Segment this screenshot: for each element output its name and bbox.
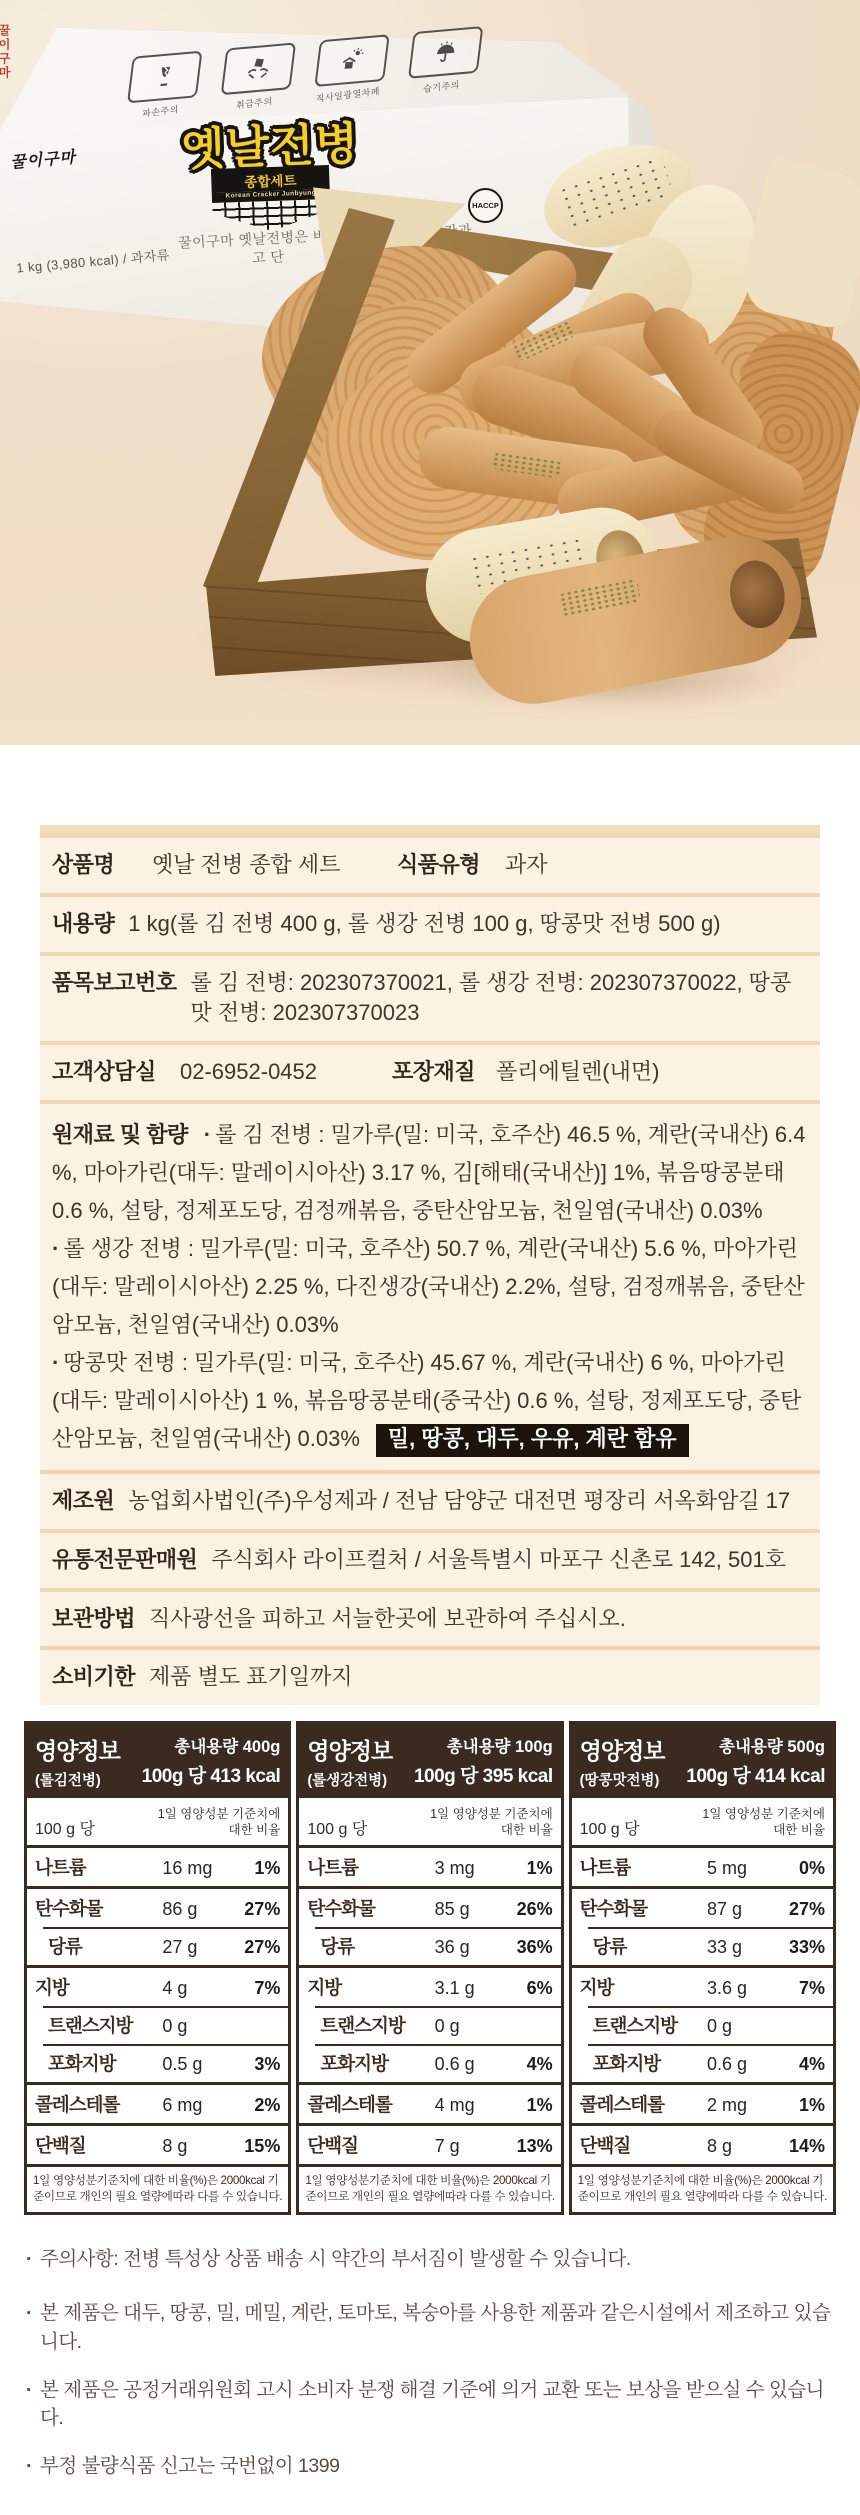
nutrient-row: 나트륨 3 mg 1% <box>299 1848 560 1886</box>
table-top-strip <box>40 825 820 834</box>
nutrient-name: 콜레스테롤 <box>307 2091 434 2117</box>
nutrient-row: 탄수화물 85 g 26% <box>299 1886 560 1927</box>
info-row-storage: 보관방법 직사광선을 피하고 서늘한곳에 보관하여 주십시오. <box>40 1588 820 1647</box>
info-label: 고객상담실 <box>52 1057 180 1088</box>
nutrient-name: 단백질 <box>580 2132 707 2158</box>
ingredient-item: ·롤 생강 전병 : 밀가루(밀: 미국, 호주산) 50.7 %, 계란(국내… <box>52 1230 808 1344</box>
nutrient-name: 당류 <box>580 1933 707 1959</box>
nutrition-table: 영양정보 (롤생강전병) 총내용량 100g 100g 당 395 kcal 1… <box>296 1721 563 2215</box>
nutrient-name: 단백질 <box>35 2132 162 2158</box>
info-label: 보관방법 <box>52 1604 135 1635</box>
per-serving-row: 100 g 당 1일 영양성분 기준치에 대한 비율 <box>572 1798 833 1848</box>
total-amount: 총내용량 100g <box>414 1733 553 1757</box>
nutrient-amount: 0.5 g <box>162 2054 228 2075</box>
info-label: 식품유형 <box>397 850 505 881</box>
info-row-customer-service: 고객상담실 02-6952-0452 포장재질 폴리에틸렌(내면) <box>40 1041 820 1100</box>
nutrient-amount: 3.6 g <box>707 1978 773 1999</box>
nutrient-percent: 1% <box>501 1858 553 1879</box>
nutrient-row: 탄수화물 86 g 27% <box>27 1886 288 1927</box>
nutrient-percent: 4% <box>501 2054 553 2075</box>
warning-fragile: 파손주의 <box>125 51 203 121</box>
nutrient-amount: 0 g <box>707 2016 773 2037</box>
nutrient-rows: 나트륨 16 mg 1% 탄수화물 86 g 27% 당류 27 g 27% 지… <box>27 1848 288 2164</box>
info-row-ingredients: 원재료 및 함량·롤 김 전병 : 밀가루(밀: 미국, 호주산) 46.5 %… <box>40 1100 820 1470</box>
nutrient-row: 나트륨 16 mg 1% <box>27 1848 288 1886</box>
sunlight-shield-icon <box>314 34 389 87</box>
nutrient-name: 단백질 <box>307 2132 434 2158</box>
info-row-distributor: 유통전문판매원 주식회사 라이프컬처 / 서울특별시 마포구 신촌로 142, … <box>40 1529 820 1588</box>
nutrition-title: 영양정보 <box>580 1733 665 1766</box>
nutrient-row: 나트륨 5 mg 0% <box>572 1848 833 1886</box>
daily-value-note: 1일 영양성분 기준치에 대한 비율 <box>695 1806 825 1839</box>
nutrient-percent: 0% <box>773 1858 825 1879</box>
nutrient-row: 포화지방 0.6 g 4% <box>299 2044 560 2082</box>
info-label: 내용량 <box>52 909 114 940</box>
info-label: 품목보고번호 <box>52 968 177 999</box>
nutrient-amount: 27 g <box>162 1937 228 1958</box>
nutrient-percent: 1% <box>501 2095 553 2116</box>
warning-keep-dry: 습기주의 <box>406 26 484 96</box>
calories: 100g 당 395 kcal <box>414 1761 553 1788</box>
nutrient-amount: 36 g <box>435 1937 501 1958</box>
nutrient-name: 나트륨 <box>35 1854 162 1880</box>
nutrient-name: 콜레스테롤 <box>35 2091 162 2117</box>
haccp-logo: HACCP <box>468 188 503 223</box>
nutrient-percent: 14% <box>773 2136 825 2157</box>
nutrition-title: 영양정보 <box>35 1733 120 1766</box>
info-value: 롤 김 전병: 202307370021, 롤 생강 전병: 202307370… <box>191 968 808 1030</box>
nutrient-name: 지방 <box>580 1974 707 2000</box>
info-label: 유통전문판매원 <box>52 1545 197 1576</box>
nutrient-percent: 4% <box>773 2054 825 2075</box>
info-value: 과자 <box>505 850 548 881</box>
ingredient-item: 원재료 및 함량·롤 김 전병 : 밀가루(밀: 미국, 호주산) 46.5 %… <box>52 1116 808 1230</box>
nutrient-name: 지방 <box>307 1974 434 2000</box>
nutrient-row: 지방 3.1 g 6% <box>299 1965 560 2006</box>
footer-notes: 주의사항: 전병 특성상 상품 배송 시 약간의 부서짐이 발생할 수 있습니다… <box>26 2245 832 2481</box>
nutrient-amount: 0 g <box>162 2016 228 2037</box>
info-value: 폴리에틸렌(내면) <box>496 1057 659 1088</box>
note-item: 부정 불량식품 신고는 국번없이 1399 <box>26 2452 832 2480</box>
per-amount: 100 g 당 <box>35 1816 95 1839</box>
nutrient-percent: 27% <box>228 1937 280 1958</box>
nutrition-header: 영양정보 (롤생강전병) 총내용량 100g 100g 당 395 kcal <box>299 1724 560 1798</box>
info-value: 1 kg(롤 김 전병 400 g, 롤 생강 전병 100 g, 땅콩맛 전병… <box>128 909 720 940</box>
nutrition-table: 영양정보 (롤김전병) 총내용량 400g 100g 당 413 kcal 10… <box>24 1721 291 2215</box>
calories: 100g 당 413 kcal <box>142 1761 281 1788</box>
info-row-product-name: 상품명 옛날 전병 종합 세트 식품유형 과자 <box>40 834 820 893</box>
nutrition-footnote: 1일 영양성분기준치에 대한 비율(%)은 2000kcal 기준이므로 개인의… <box>572 2164 833 2212</box>
nutrient-amount: 85 g <box>435 1899 501 1920</box>
nutrient-name: 나트륨 <box>580 1854 707 1880</box>
nutrient-percent: 7% <box>228 1978 280 1999</box>
info-label: 소비기한 <box>52 1662 135 1693</box>
note-item: 주의사항: 전병 특성상 상품 배송 시 약간의 부서짐이 발생할 수 있습니다… <box>26 2245 832 2273</box>
nutrient-rows: 나트륨 3 mg 1% 탄수화물 85 g 26% 당류 36 g 36% 지방… <box>299 1848 560 2164</box>
nutrient-amount: 2 mg <box>707 2095 773 2116</box>
nutrient-name: 콜레스테롤 <box>580 2091 707 2117</box>
info-label: 제조원 <box>52 1486 114 1517</box>
info-label: 원재료 및 함량 <box>52 1122 188 1147</box>
nutrient-percent: 15% <box>228 2136 280 2157</box>
nutrient-amount: 3 mg <box>435 1858 501 1879</box>
info-value: 주식회사 라이프컬처 / 서울특별시 마포구 신촌로 142, 501호 <box>211 1545 786 1576</box>
info-label: 상품명 <box>52 850 152 881</box>
nutrient-name: 포화지방 <box>35 2050 162 2076</box>
nutrient-amount: 3.1 g <box>435 1978 501 1999</box>
info-label: 포장재질 <box>392 1057 496 1088</box>
nutrient-row: 단백질 8 g 15% <box>27 2123 288 2164</box>
nutrient-amount: 7 g <box>435 2136 501 2157</box>
nutrition-header: 영양정보 (땅콩맛전병) 총내용량 500g 100g 당 414 kcal <box>572 1724 833 1798</box>
nutrient-amount: 87 g <box>707 1899 773 1920</box>
nutrition-subtitle: (롤김전병) <box>35 1769 120 1790</box>
nutrient-row: 콜레스테롤 6 mg 2% <box>27 2082 288 2123</box>
nutrition-tables: 영양정보 (롤김전병) 총내용량 400g 100g 당 413 kcal 10… <box>24 1721 836 2215</box>
warning-keep-from-sunlight: 직사일광열차폐 <box>312 34 390 104</box>
nutrient-amount: 0.6 g <box>435 2054 501 2075</box>
nutrient-amount: 6 mg <box>162 2095 228 2116</box>
nutrient-name: 탄수화물 <box>35 1895 162 1921</box>
per-serving-row: 100 g 당 1일 영양성분 기준치에 대한 비율 <box>27 1798 288 1848</box>
nutrient-row: 포화지방 0.5 g 3% <box>27 2044 288 2082</box>
nutrient-name: 탄수화물 <box>580 1895 707 1921</box>
broken-glass-icon <box>127 51 202 104</box>
nutrient-name: 트랜스지방 <box>307 2012 434 2038</box>
nutrient-row: 콜레스테롤 4 mg 1% <box>299 2082 560 2123</box>
nutrient-row: 콜레스테롤 2 mg 1% <box>572 2082 833 2123</box>
nutrient-amount: 0.6 g <box>707 2054 773 2075</box>
nutrient-amount: 33 g <box>707 1937 773 1958</box>
nutrient-row: 트랜스지방 0 g <box>572 2006 833 2044</box>
nutrient-name: 당류 <box>35 1933 162 1959</box>
nutrient-percent: 2% <box>228 2095 280 2116</box>
nutrient-row: 트랜스지방 0 g <box>27 2006 288 2044</box>
warning-handle-with-care: 취급주의 <box>219 42 297 112</box>
nutrient-row: 당류 36 g 36% <box>299 1927 560 1965</box>
nutrient-name: 포화지방 <box>580 2050 707 2076</box>
nutrition-header: 영양정보 (롤김전병) 총내용량 400g 100g 당 413 kcal <box>27 1724 288 1798</box>
per-amount: 100 g 당 <box>307 1816 367 1839</box>
nutrient-name: 당류 <box>307 1933 434 1959</box>
umbrella-icon <box>408 26 483 79</box>
info-value: 농업회사법인(주)우성제과 / 전남 담양군 대전면 평장리 서옥화암길 17 <box>128 1486 790 1517</box>
box-edge-brand-text: 꿀이구마 <box>0 24 13 80</box>
nutrient-name: 나트륨 <box>307 1854 434 1880</box>
per-serving-row: 100 g 당 1일 영양성분 기준치에 대한 비율 <box>299 1798 560 1848</box>
nutrient-amount: 4 g <box>162 1978 228 1999</box>
nutrient-row: 단백질 8 g 14% <box>572 2123 833 2164</box>
nutrient-name: 트랜스지방 <box>35 2012 162 2038</box>
nutrient-row: 지방 3.6 g 7% <box>572 1965 833 2006</box>
nutrition-footnote: 1일 영양성분기준치에 대한 비율(%)은 2000kcal 기준이므로 개인의… <box>299 2164 560 2212</box>
total-amount: 총내용량 400g <box>142 1733 281 1757</box>
nutrition-title: 영양정보 <box>307 1733 392 1766</box>
nutrition-table: 영양정보 (땅콩맛전병) 총내용량 500g 100g 당 414 kcal 1… <box>569 1721 836 2215</box>
info-value: 제품 별도 표기일까지 <box>149 1662 353 1693</box>
product-detail-page: 꿀이구마 파손주의 취급주의 직사일광열차폐 <box>0 0 860 2515</box>
nutrient-percent: 13% <box>501 2136 553 2157</box>
nutrient-percent: 3% <box>228 2054 280 2075</box>
daily-value-note: 1일 영양성분 기준치에 대한 비율 <box>423 1806 553 1839</box>
calories: 100g 당 414 kcal <box>686 1761 825 1788</box>
nutrient-amount: 0 g <box>435 2016 501 2037</box>
nutrient-row: 지방 4 g 7% <box>27 1965 288 2006</box>
daily-value-note: 1일 영양성분 기준치에 대한 비율 <box>150 1806 280 1839</box>
nutrient-percent: 27% <box>773 1899 825 1920</box>
nutrient-rows: 나트륨 5 mg 0% 탄수화물 87 g 27% 당류 33 g 33% 지방… <box>572 1848 833 2164</box>
nutrient-row: 탄수화물 87 g 27% <box>572 1886 833 1927</box>
info-row-shelf-life: 소비기한 제품 별도 표기일까지 <box>40 1646 820 1705</box>
nutrient-row: 단백질 7 g 13% <box>299 2123 560 2164</box>
nutrient-amount: 8 g <box>162 2136 228 2157</box>
nutrient-percent: 27% <box>228 1899 280 1920</box>
nutrient-name: 포화지방 <box>307 2050 434 2076</box>
total-amount: 총내용량 500g <box>686 1733 825 1757</box>
info-value: 옛날 전병 종합 세트 <box>152 850 397 881</box>
note-item: 본 제품은 대두, 땅콩, 밀, 메밀, 계란, 토마토, 복숭아를 사용한 제… <box>26 2299 832 2356</box>
nutrient-name: 트랜스지방 <box>580 2012 707 2038</box>
info-value: 직사광선을 피하고 서늘한곳에 보관하여 주십시오. <box>149 1604 626 1635</box>
allergen-badge: 밀, 땅콩, 대두, 우유, 계란 함유 <box>376 1424 689 1457</box>
nutrient-percent: 7% <box>773 1978 825 1999</box>
box-tagline-fragment: 고 단 <box>251 246 284 268</box>
product-badge: 종합세트 Korean Cracker Junbyung <box>211 165 331 233</box>
nutrient-percent: 33% <box>773 1937 825 1958</box>
nutrient-name: 지방 <box>35 1974 162 2000</box>
nutrient-row: 당류 27 g 27% <box>27 1927 288 1965</box>
nutrient-amount: 16 mg <box>162 1858 228 1879</box>
handle-with-care-icon <box>221 42 296 95</box>
info-row-manufacturer: 제조원 농업회사법인(주)우성제과 / 전남 담양군 대전면 평장리 서옥화암길… <box>40 1470 820 1529</box>
note-item: 본 제품은 공정거래위원회 고시 소비자 분쟁 해결 기준에 의거 교환 또는 … <box>26 2376 832 2433</box>
nutrition-subtitle: (롤생강전병) <box>307 1769 392 1790</box>
nutrient-percent: 1% <box>773 2095 825 2116</box>
nutrient-row: 당류 33 g 33% <box>572 1927 833 1965</box>
nutrient-percent: 6% <box>501 1978 553 1999</box>
nutrient-percent: 26% <box>501 1899 553 1920</box>
info-value: 02-6952-0452 <box>180 1057 392 1088</box>
ingredient-item: ·땅콩맛 전병 : 밀가루(밀: 미국, 호주산) 45.67 %, 계란(국내… <box>52 1344 808 1458</box>
nutrition-subtitle: (땅콩맛전병) <box>580 1769 665 1790</box>
nutrient-amount: 4 mg <box>435 2095 501 2116</box>
product-info-table: 상품명 옛날 전병 종합 세트 식품유형 과자 내용량 1 kg(롤 김 전병 … <box>40 825 820 1705</box>
nutrient-percent: 36% <box>501 1937 553 1958</box>
per-amount: 100 g 당 <box>580 1816 640 1839</box>
nutrition-footnote: 1일 영양성분기준치에 대한 비율(%)은 2000kcal 기준이므로 개인의… <box>27 2164 288 2212</box>
nutrient-amount: 5 mg <box>707 1858 773 1879</box>
nutrient-percent: 1% <box>228 1858 280 1879</box>
nutrient-name: 탄수화물 <box>307 1895 434 1921</box>
nutrient-row: 트랜스지방 0 g <box>299 2006 560 2044</box>
info-row-report-number: 품목보고번호 롤 김 전병: 202307370021, 롤 생강 전병: 20… <box>40 952 820 1042</box>
nutrient-amount: 86 g <box>162 1899 228 1920</box>
nutrient-amount: 8 g <box>707 2136 773 2157</box>
info-row-net-weight: 내용량 1 kg(롤 김 전병 400 g, 롤 생강 전병 100 g, 땅콩… <box>40 893 820 952</box>
nutrient-row: 포화지방 0.6 g 4% <box>572 2044 833 2082</box>
product-photo: 꿀이구마 파손주의 취급주의 직사일광열차폐 <box>0 0 860 745</box>
